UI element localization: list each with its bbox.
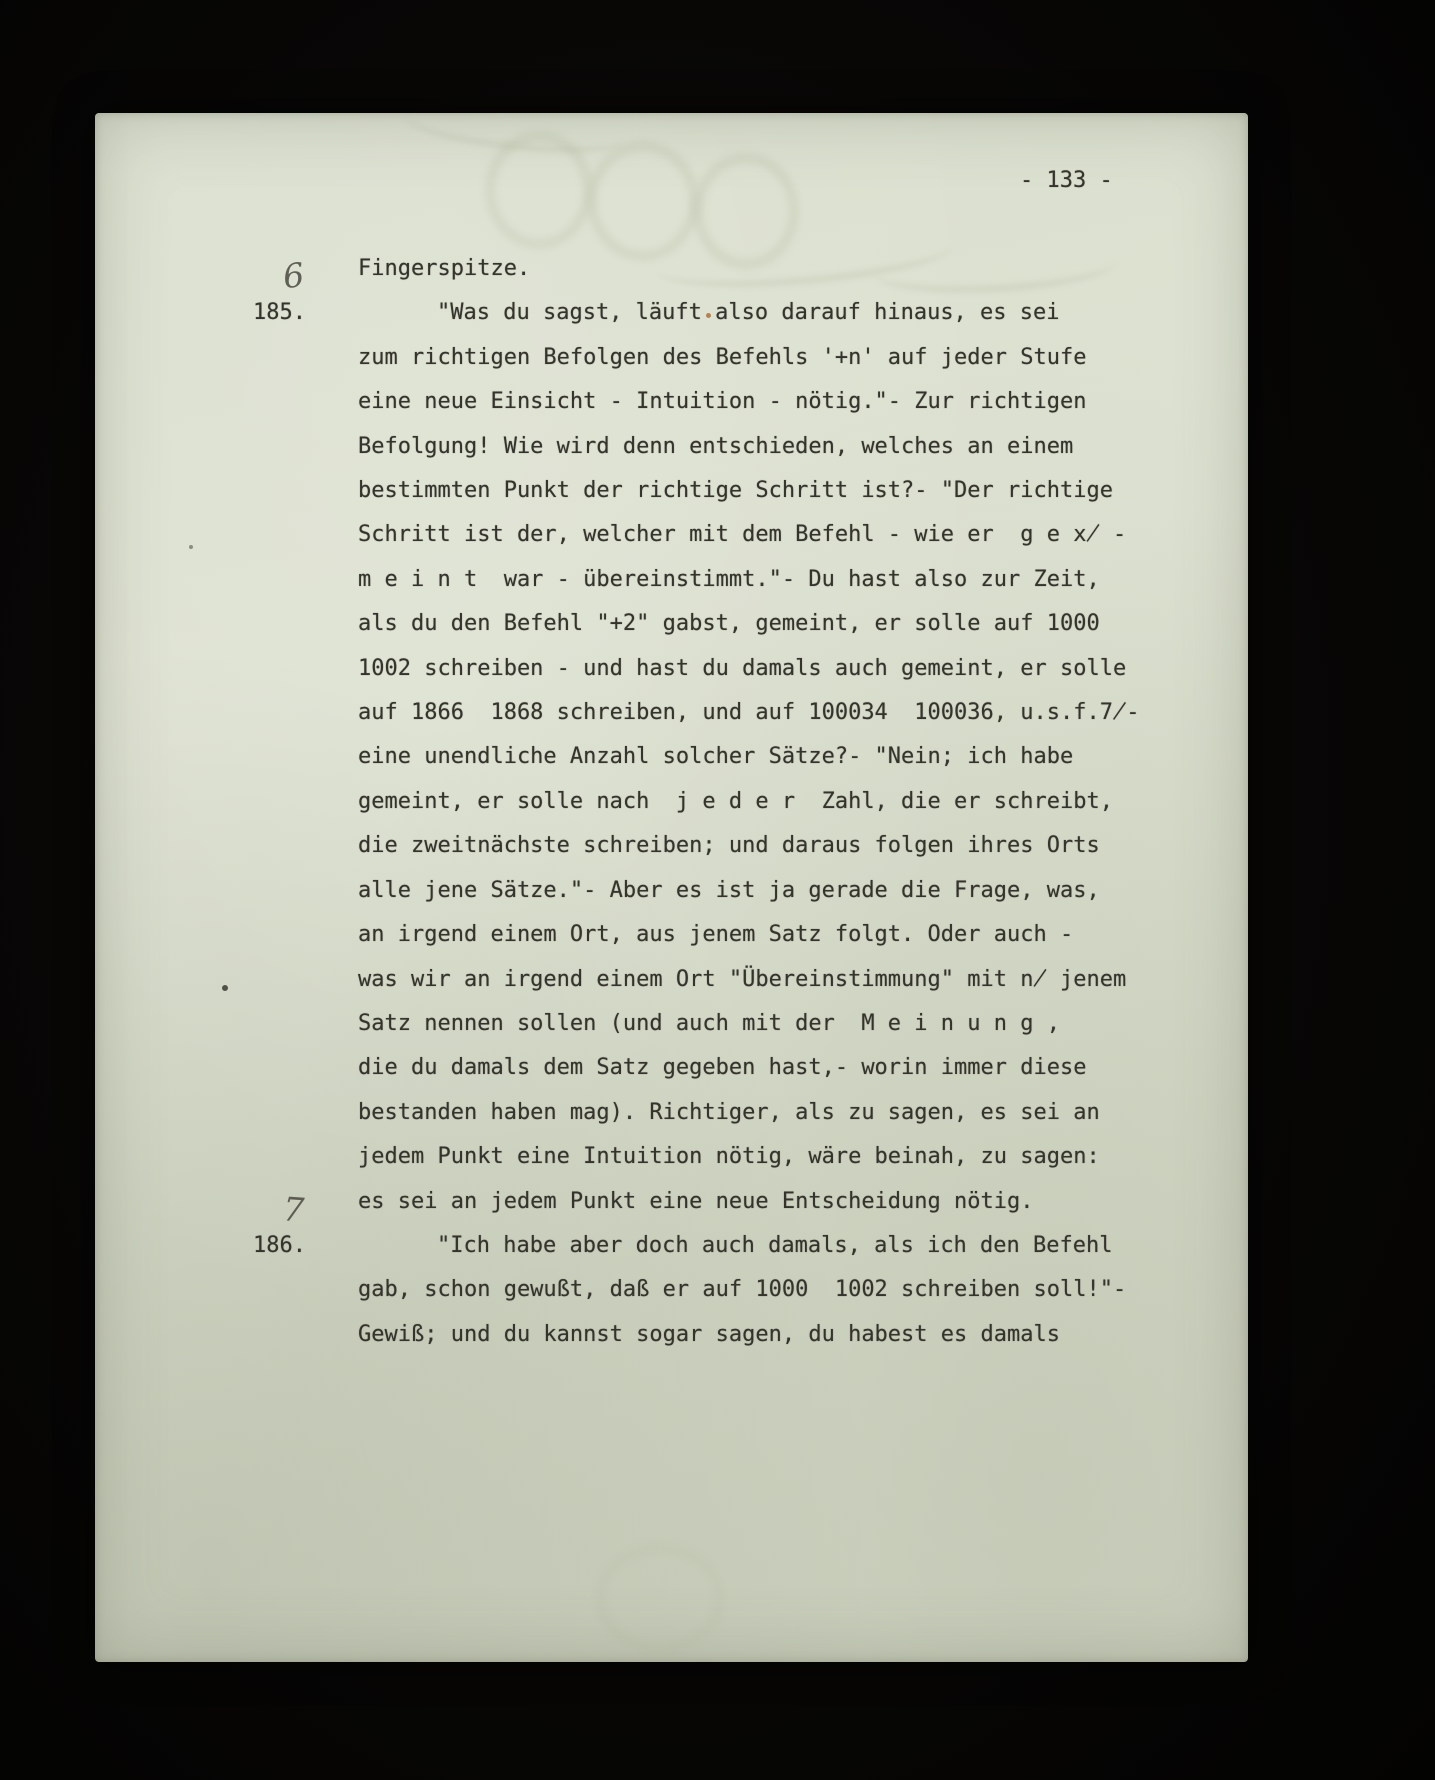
typescript-line: die du damals dem Satz gegeben hast,- wo… <box>358 1046 1238 1090</box>
typescript-line: alle jene Sätze."- Aber es ist ja gerade… <box>358 869 1238 913</box>
typescript-line: jedem Punkt eine Intuition nötig, wäre b… <box>358 1135 1238 1179</box>
typescript-line: gab, schon gewußt, daß er auf 1000 1002 … <box>358 1268 1238 1312</box>
ink-bleed-stamp-ring <box>485 131 593 249</box>
typescript-page: - 133 - 185. 186. 6 7 Fingerspitze. "Was… <box>95 113 1248 1662</box>
typescript-line: bestanden haben mag). Richtiger, als zu … <box>358 1091 1238 1135</box>
typescript-line: zum richtigen Befolgen des Befehls '+n' … <box>358 336 1238 380</box>
typescript-line: eine unendliche Anzahl solcher Sätze?- "… <box>358 735 1238 779</box>
handwritten-annotation: 7 <box>282 1189 306 1229</box>
paragraph-185: "Was du sagst, läuft also darauf hinaus,… <box>358 291 1238 1224</box>
ink-bleed-ghost-bottom <box>595 1543 725 1653</box>
typescript-line: "Ich habe aber doch auch damals, als ich… <box>358 1224 1238 1268</box>
typescript-body: Fingerspitze. "Was du sagst, läuft also … <box>358 247 1238 1357</box>
ink-bleed-script <box>403 96 626 162</box>
typescript-line: Gewiß; und du kannst sogar sagen, du hab… <box>358 1313 1238 1357</box>
typescript-line: bestimmten Punkt der richtige Schritt is… <box>358 469 1238 513</box>
typescript-line: Schritt ist der, welcher mit dem Befehl … <box>358 513 1238 557</box>
typescript-line: die zweitnächste schreiben; und daraus f… <box>358 824 1238 868</box>
paper-speck <box>222 985 228 991</box>
typescript-line: als du den Befehl "+2" gabst, gemeint, e… <box>358 602 1238 646</box>
paragraph-186: "Ich habe aber doch auch damals, als ich… <box>358 1224 1238 1357</box>
typescript-line: m e i n t war - übereinstimmt."- Du hast… <box>358 558 1238 602</box>
typescript-line: Satz nennen sollen (und auch mit der M e… <box>358 1002 1238 1046</box>
handwritten-annotation: 6 <box>281 255 307 296</box>
typescript-line: gemeint, er solle nach j e d e r Zahl, d… <box>358 780 1238 824</box>
typescript-line: was wir an irgend einem Ort "Übereinstim… <box>358 958 1238 1002</box>
typescript-line: Befolgung! Wie wird denn entschieden, we… <box>358 425 1238 469</box>
scan-background: - 133 - 185. 186. 6 7 Fingerspitze. "Was… <box>0 0 1435 1780</box>
typescript-line: es sei an jedem Punkt eine neue Entschei… <box>358 1180 1238 1224</box>
typescript-line: "Was du sagst, läuft also darauf hinaus,… <box>358 291 1238 335</box>
paper-speck <box>189 545 193 549</box>
typescript-line: 1002 schreiben - und hast du damals auch… <box>358 647 1238 691</box>
typescript-line: eine neue Einsicht - Intuition - nötig."… <box>358 380 1238 424</box>
typescript-line: an irgend einem Ort, aus jenem Satz folg… <box>358 913 1238 957</box>
ink-bleed-stamp-ring <box>587 141 699 261</box>
page-number: - 133 - <box>1020 168 1113 193</box>
carryover-line: Fingerspitze. <box>358 247 1238 291</box>
typescript-line: auf 1866 1868 schreiben, und auf 100034 … <box>358 691 1238 735</box>
paragraph-number-186: 186. <box>253 1233 306 1258</box>
paragraph-number-185: 185. <box>253 300 306 325</box>
